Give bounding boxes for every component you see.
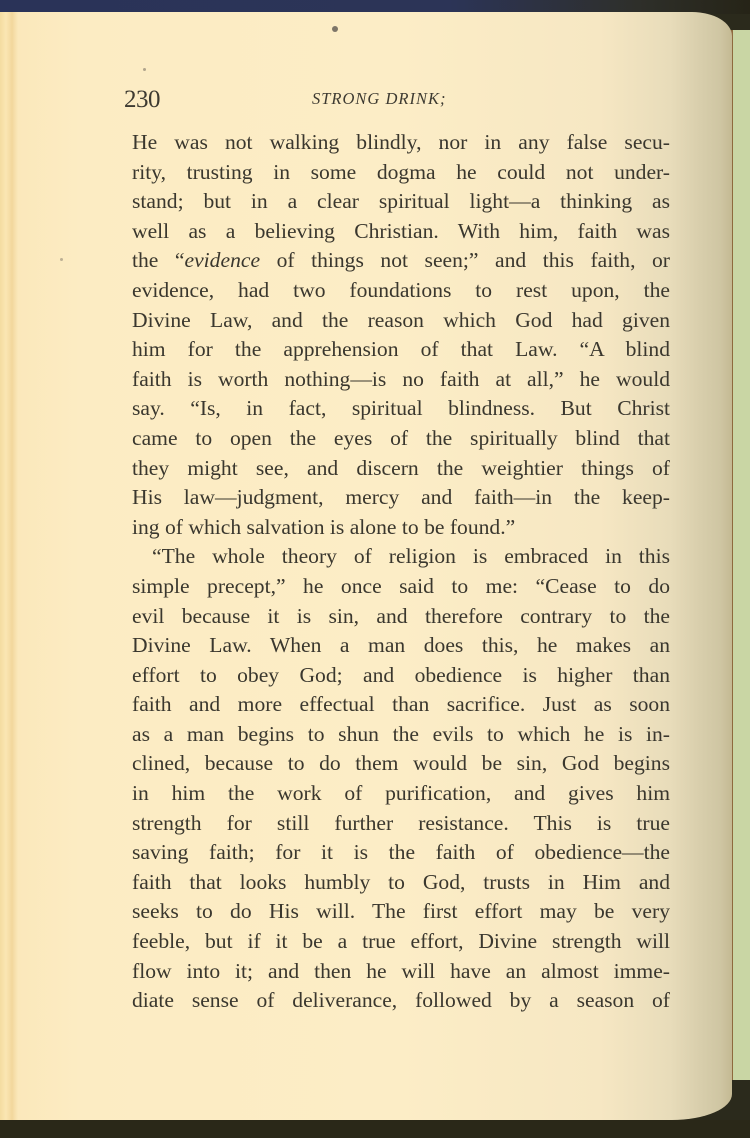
text-line: Divine Law. When a man does this, he mak… [132,631,670,661]
text-line: diate sense of deliverance, followed by … [132,986,670,1016]
paper-speck [332,26,338,32]
text-line: clined, because to do them would be sin,… [132,749,670,779]
text-line: seeks to do His will. The first effort m… [132,897,670,927]
text-line: simple precept,” he once said to me: “Ce… [132,572,670,602]
text-fragment: the “ [132,248,185,272]
text-line: His law—judgment, mercy and faith—in the… [132,483,670,513]
book-cover-bottom-edge [0,1120,750,1138]
text-line: him for the apprehension of that Law. “A… [132,335,670,365]
text-line: effort to obey God; and obedience is hig… [132,661,670,691]
text-line-with-italic: the “evidence of things not seen;” and t… [132,246,670,276]
text-fragment: of things not seen;” and this faith, or [260,248,670,272]
paper-speck [143,68,146,71]
text-line: flow into it; and then he will have an a… [132,957,670,987]
text-line: stand; but in a clear spiritual light—a … [132,187,670,217]
page-number: 230 [124,86,160,114]
text-line: faith and more effectual than sacrifice.… [132,690,670,720]
text-line: evil because it is sin, and therefore co… [132,602,670,632]
paragraph-start-line: “The whole theory of religion is embrace… [132,542,670,572]
paper-speck [60,258,63,261]
text-line: in him the work of purification, and giv… [132,779,670,809]
text-line: strength for still further resistance. T… [132,809,670,839]
text-line: say. “Is, in fact, spiritual blindness. … [132,394,670,424]
running-head: STRONG DRINK; [312,89,446,109]
page-body-text: He was not walking blindly, nor in any f… [132,128,670,1016]
text-line: as a man begins to shun the evils to whi… [132,720,670,750]
text-line: saving faith; for it is the faith of obe… [132,838,670,868]
text-line: well as a believing Christian. With him,… [132,217,670,247]
text-line: He was not walking blindly, nor in any f… [132,128,670,158]
text-line: came to open the eyes of the spiritually… [132,424,670,454]
text-line: evidence, had two foundations to rest up… [132,276,670,306]
next-page-edge [730,30,750,1080]
paragraph-end-line: ing of which salvation is alone to be fo… [132,513,670,543]
text-line: Divine Law, and the reason which God had… [132,306,670,336]
text-line: faith is worth nothing—is no faith at al… [132,365,670,395]
text-line: feeble, but if it be a true effort, Divi… [132,927,670,957]
text-line: rity, trusting in some dogma he could no… [132,158,670,188]
text-line: faith that looks humbly to God, trusts i… [132,868,670,898]
italic-word: evidence [185,248,261,272]
text-line: they might see, and discern the weightie… [132,454,670,484]
